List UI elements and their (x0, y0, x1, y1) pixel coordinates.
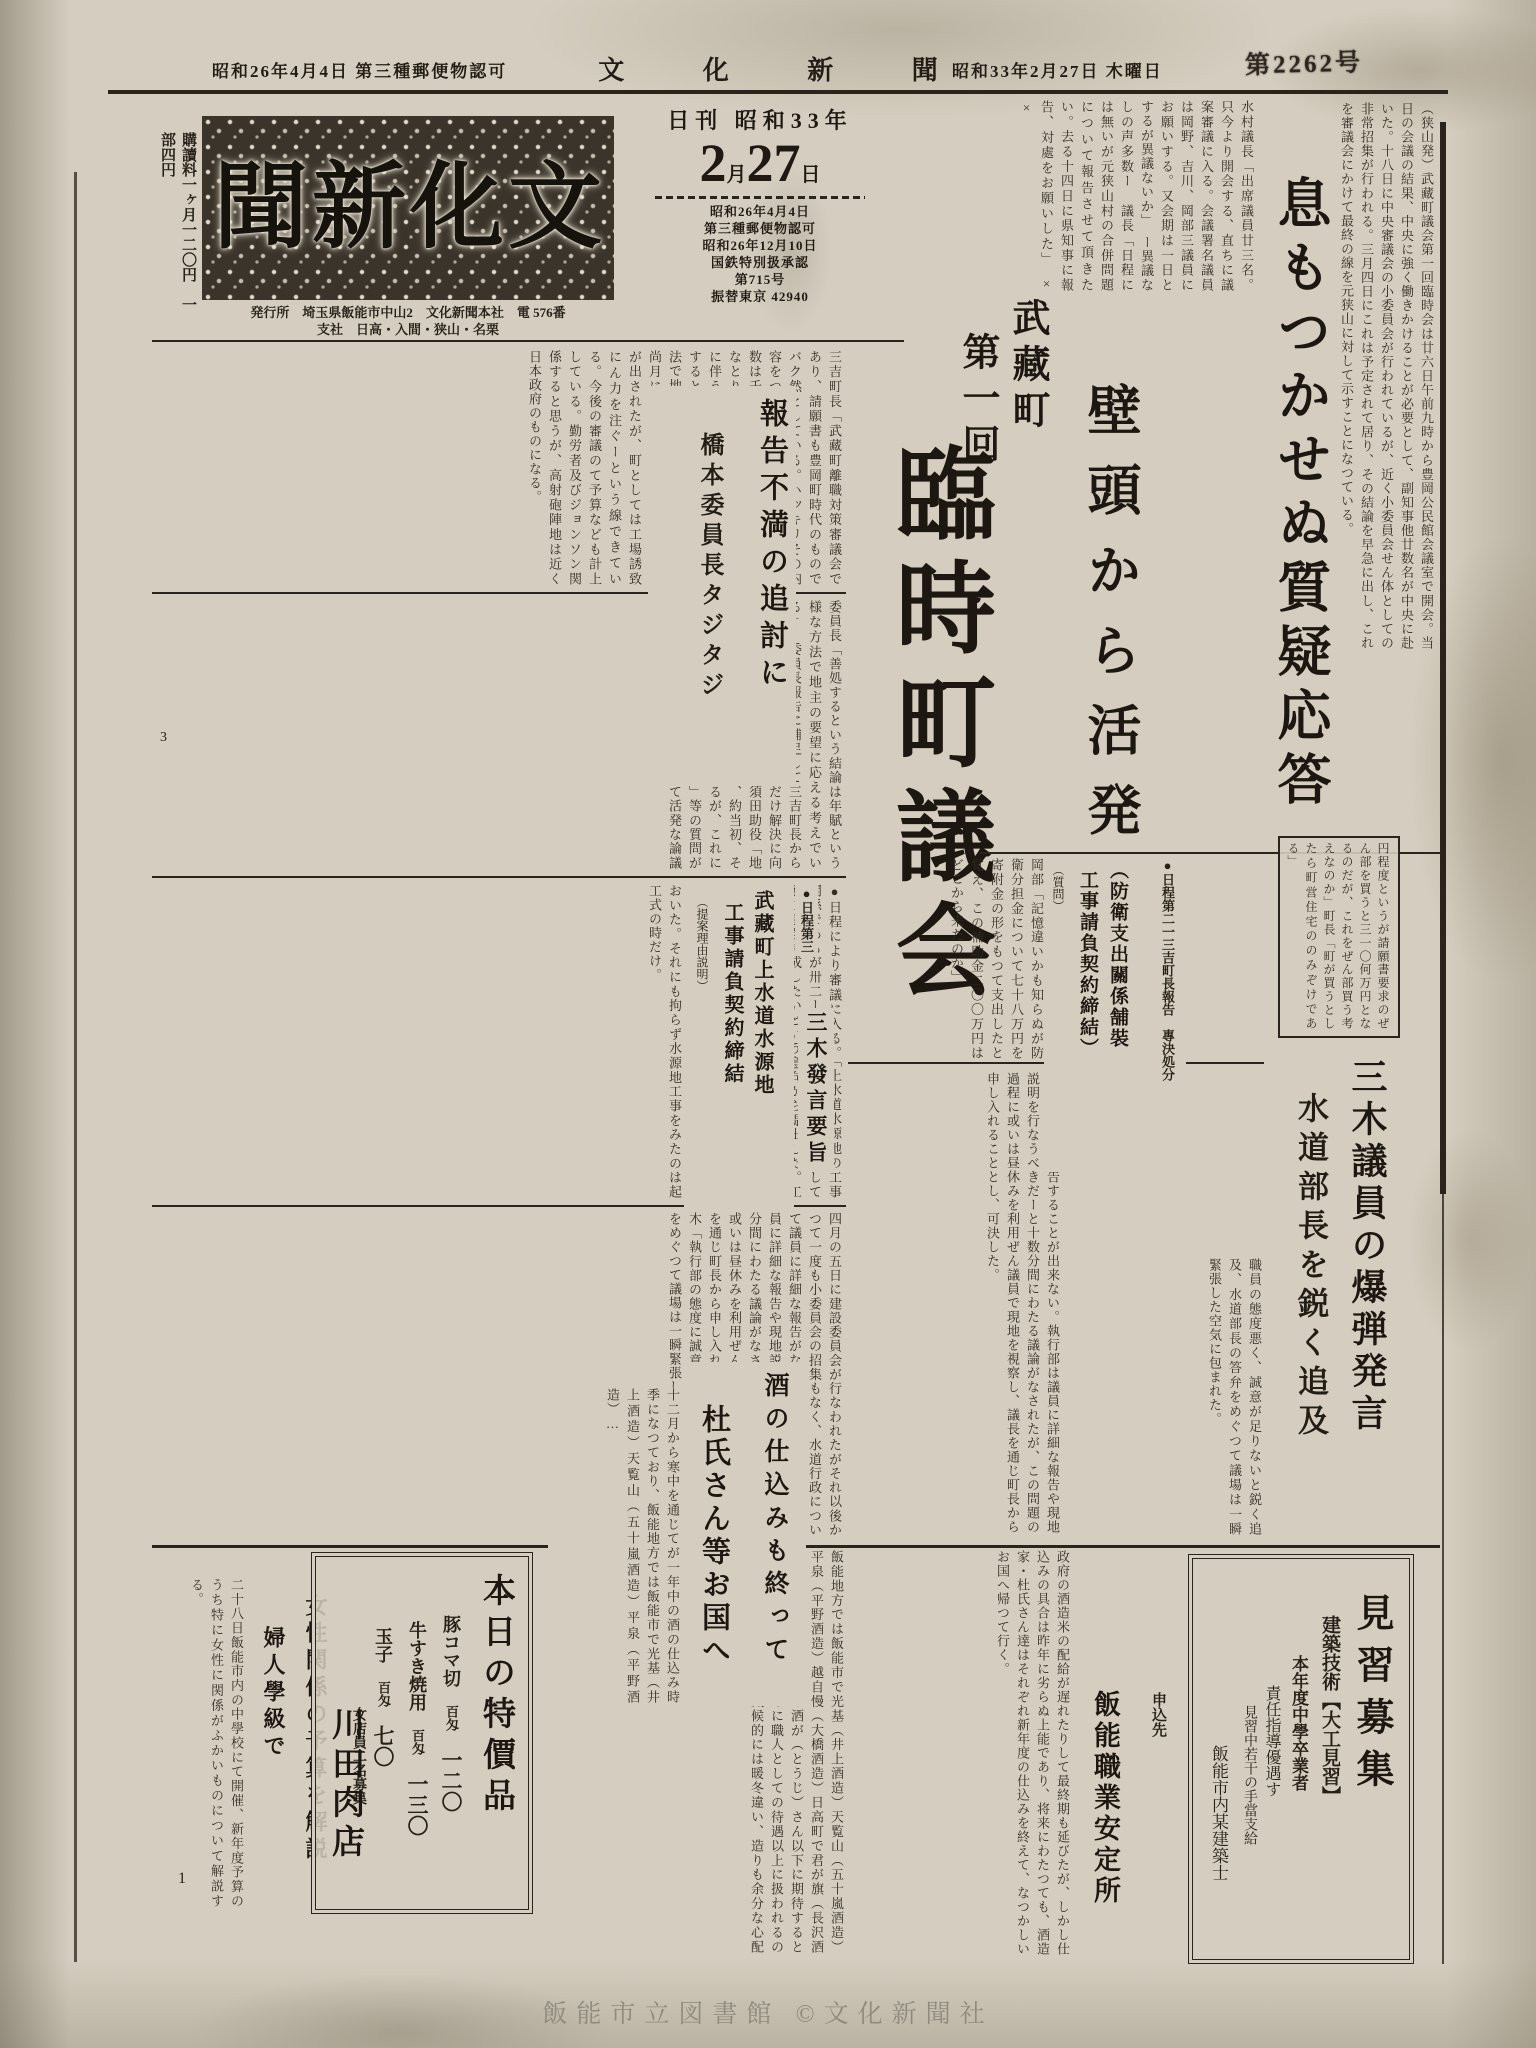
headline-fujin-2: 婦人學級で (258, 1626, 289, 1761)
right-border-rule-thin (1442, 1194, 1444, 1964)
page-number-mid: 3 (160, 730, 167, 746)
tokka-store-name: 川田肉店 (322, 1707, 369, 1863)
minarai-line3: 責任指導優遇す (1260, 1685, 1283, 1797)
minarai-line5: 飯能市内某建築士 (1206, 1745, 1231, 1881)
lead-article-body: （狭山発）武藏町議会第一回臨時会は廿六日午前九時から豊岡公民館会議室で開会。当日… (1332, 102, 1436, 650)
headline-bakudan-1: 三木議員の爆弾発言 (1342, 1058, 1393, 1436)
publisher-line2: 支社 日高・入間・狭山・名栗 (202, 321, 614, 338)
publisher-line1: 発行所 埼玉県飯能市中山2 文化新聞本社 電 576番 (202, 304, 614, 321)
masthead-bottom-rule (152, 340, 904, 342)
headline-miki-gist: 三木發言要旨 (798, 1008, 834, 1170)
headline-boei-1: （防衛支出關係舗裝 (1104, 860, 1131, 1049)
minarai-line2: 本年度中學卒業者 (1286, 1655, 1311, 1791)
headline-hashimoto-1: 報告不満の追討に (752, 398, 793, 694)
headline-suigen-sub: （提案理由説明） (694, 896, 711, 992)
body-column-bakudan: 職員の態度悪く、誠意が足りないと鋭く追及、水道部長の答弁をめぐつて議場は一瞬緊張… (1066, 1258, 1264, 1536)
lead-article-continued: 水村議長「出席議員廿三名。只今より開会する、直ちに議案審議に入る。会議署名議員は… (928, 100, 1256, 292)
minarai-line1: 建築技術【大工見習】 (1316, 1615, 1343, 1805)
boei-kicker: ●日程第二一三吉町長報告 專決処分 (1158, 858, 1177, 1081)
employment-office-name: 飯能職業安定所 (1086, 1690, 1125, 1907)
tokka-item: 玉子 百匁 七〇 (368, 1627, 398, 1767)
tokka-item: 豚コマ切 百匁 一二〇 (436, 1615, 466, 1812)
date-box: 日刊 昭和33年 2月27日 昭和26年4月4日 第三種郵便物認可 昭和26年1… (618, 104, 902, 305)
headline-boei-2: 工事請負契約締結） (1074, 870, 1101, 1059)
registration-notes: 昭和26年4月4日 第三種郵便物認可 昭和26年12月10日 国鉄特別扱承認 第… (618, 203, 902, 305)
page-number-bottom: 1 (178, 1870, 186, 1888)
library-credit-footer: 飯能市立図書館 ©文化新聞社 (0, 1994, 1536, 2030)
sake-feature-body: 十二月から寒中を通じてが一年中の酒の仕込み時季になつており、飯能地方では飯能市で… (548, 1388, 682, 1704)
headline-sake-1: 酒の仕込みも終って (756, 1372, 792, 1669)
main-headline-kicker: 息もつかせぬ質疑応答 (1262, 175, 1339, 815)
headline-suigen-1: 武藏町上水道水源地 (748, 890, 777, 1097)
suigen-kicker: ●日程第三 (795, 884, 818, 955)
fujin-body: 二十八日飯能市内の中學校にて開催、新年度予算のうち特に女性に関係がふかいものにつ… (158, 1578, 246, 1908)
masthead-logo: 聞新化文 (202, 116, 614, 300)
publisher-info: 発行所 埼玉県飯能市中山2 文化新聞本社 電 576番 支社 日高・入間・狭山・… (202, 304, 614, 338)
headline-place: 武藏町 (1000, 298, 1055, 436)
tokka-item: 牛すき焼用 百匁 一三〇 (402, 1621, 432, 1836)
issue-number-stamp: 第2262号 (1245, 42, 1364, 81)
quote-box: 円程度というが請願書要求のぜん部を買うと三一〇何万円となるのだが、これをぜん部買… (1278, 836, 1400, 1038)
wavy-divider (655, 196, 865, 199)
headline-suigen-2: 工事請負契約締結 (718, 902, 747, 1086)
quote-box-text: 円程度というが請願書要求のぜん部を買うと三一〇何万円となるのだが、これをぜん部買… (1284, 842, 1392, 1030)
ad-box-kawada: 本日の特價品 豚コマ切 百匁 一二〇 牛すき焼用 百匁 一三〇 玉子 百匁 七〇… (315, 1556, 529, 1910)
headline-hashimoto-2: 橋本委員長タジタジ (692, 432, 727, 702)
tokka-title: 本日の特價品 (473, 1573, 520, 1819)
headline-sake-2: 杜氏さん等お国へ (694, 1404, 735, 1668)
apply-label: 申込先 (1148, 1692, 1169, 1737)
headline-bakudan-2: 水道部長を鋭く追及 (1288, 1092, 1333, 1443)
minarai-line4: 見習中若干の手當支給 (1239, 1705, 1259, 1845)
ad-box-minarai: 見習募集 建築技術【大工見習】 本年度中學卒業者 責任指導優遇す 見習中若干の手… (1192, 1558, 1410, 1960)
issue-date-top: 昭和33年2月27日 木曜日 (952, 57, 1163, 82)
headline-boei-sub: （質問） (1050, 864, 1067, 912)
top-rule (108, 90, 1448, 94)
newspaper-page: 昭和26年4月4日 第三種郵便物認可 文 化 新 聞 昭和33年2月27日 木曜… (0, 0, 1536, 2048)
issue-date-big: 2月27日 (618, 135, 902, 192)
body-column-boei: 岡部「記憶違いかも知らぬが防衛分担金について七十八万円を寄附金の形をもつて支出し… (848, 858, 1046, 1060)
left-border-rule (74, 172, 77, 1962)
paper-title-top: 文 化 新 聞 (562, 50, 974, 87)
body-column-mid-right: らず町民にも報告することが出来ない。執行部は議員に詳細な報告や現地説明を行なうべ… (848, 1072, 1062, 1534)
postal-approval-note: 昭和26年4月4日 第三種郵便物認可 (212, 57, 507, 82)
right-border-rule-thick (1440, 122, 1446, 1194)
daily-label: 日刊 昭和33年 (618, 104, 902, 135)
body-column-sake-right: 政府の酒造米の配給が遅れたりして最終期も延びたが、しかし仕込みの具合は昨年に劣ら… (846, 1550, 1072, 1956)
subscription-price: 購讀料一ヶ月一二〇円 一部四円 (156, 132, 198, 317)
minarai-title: 見習募集 (1344, 1593, 1399, 1801)
